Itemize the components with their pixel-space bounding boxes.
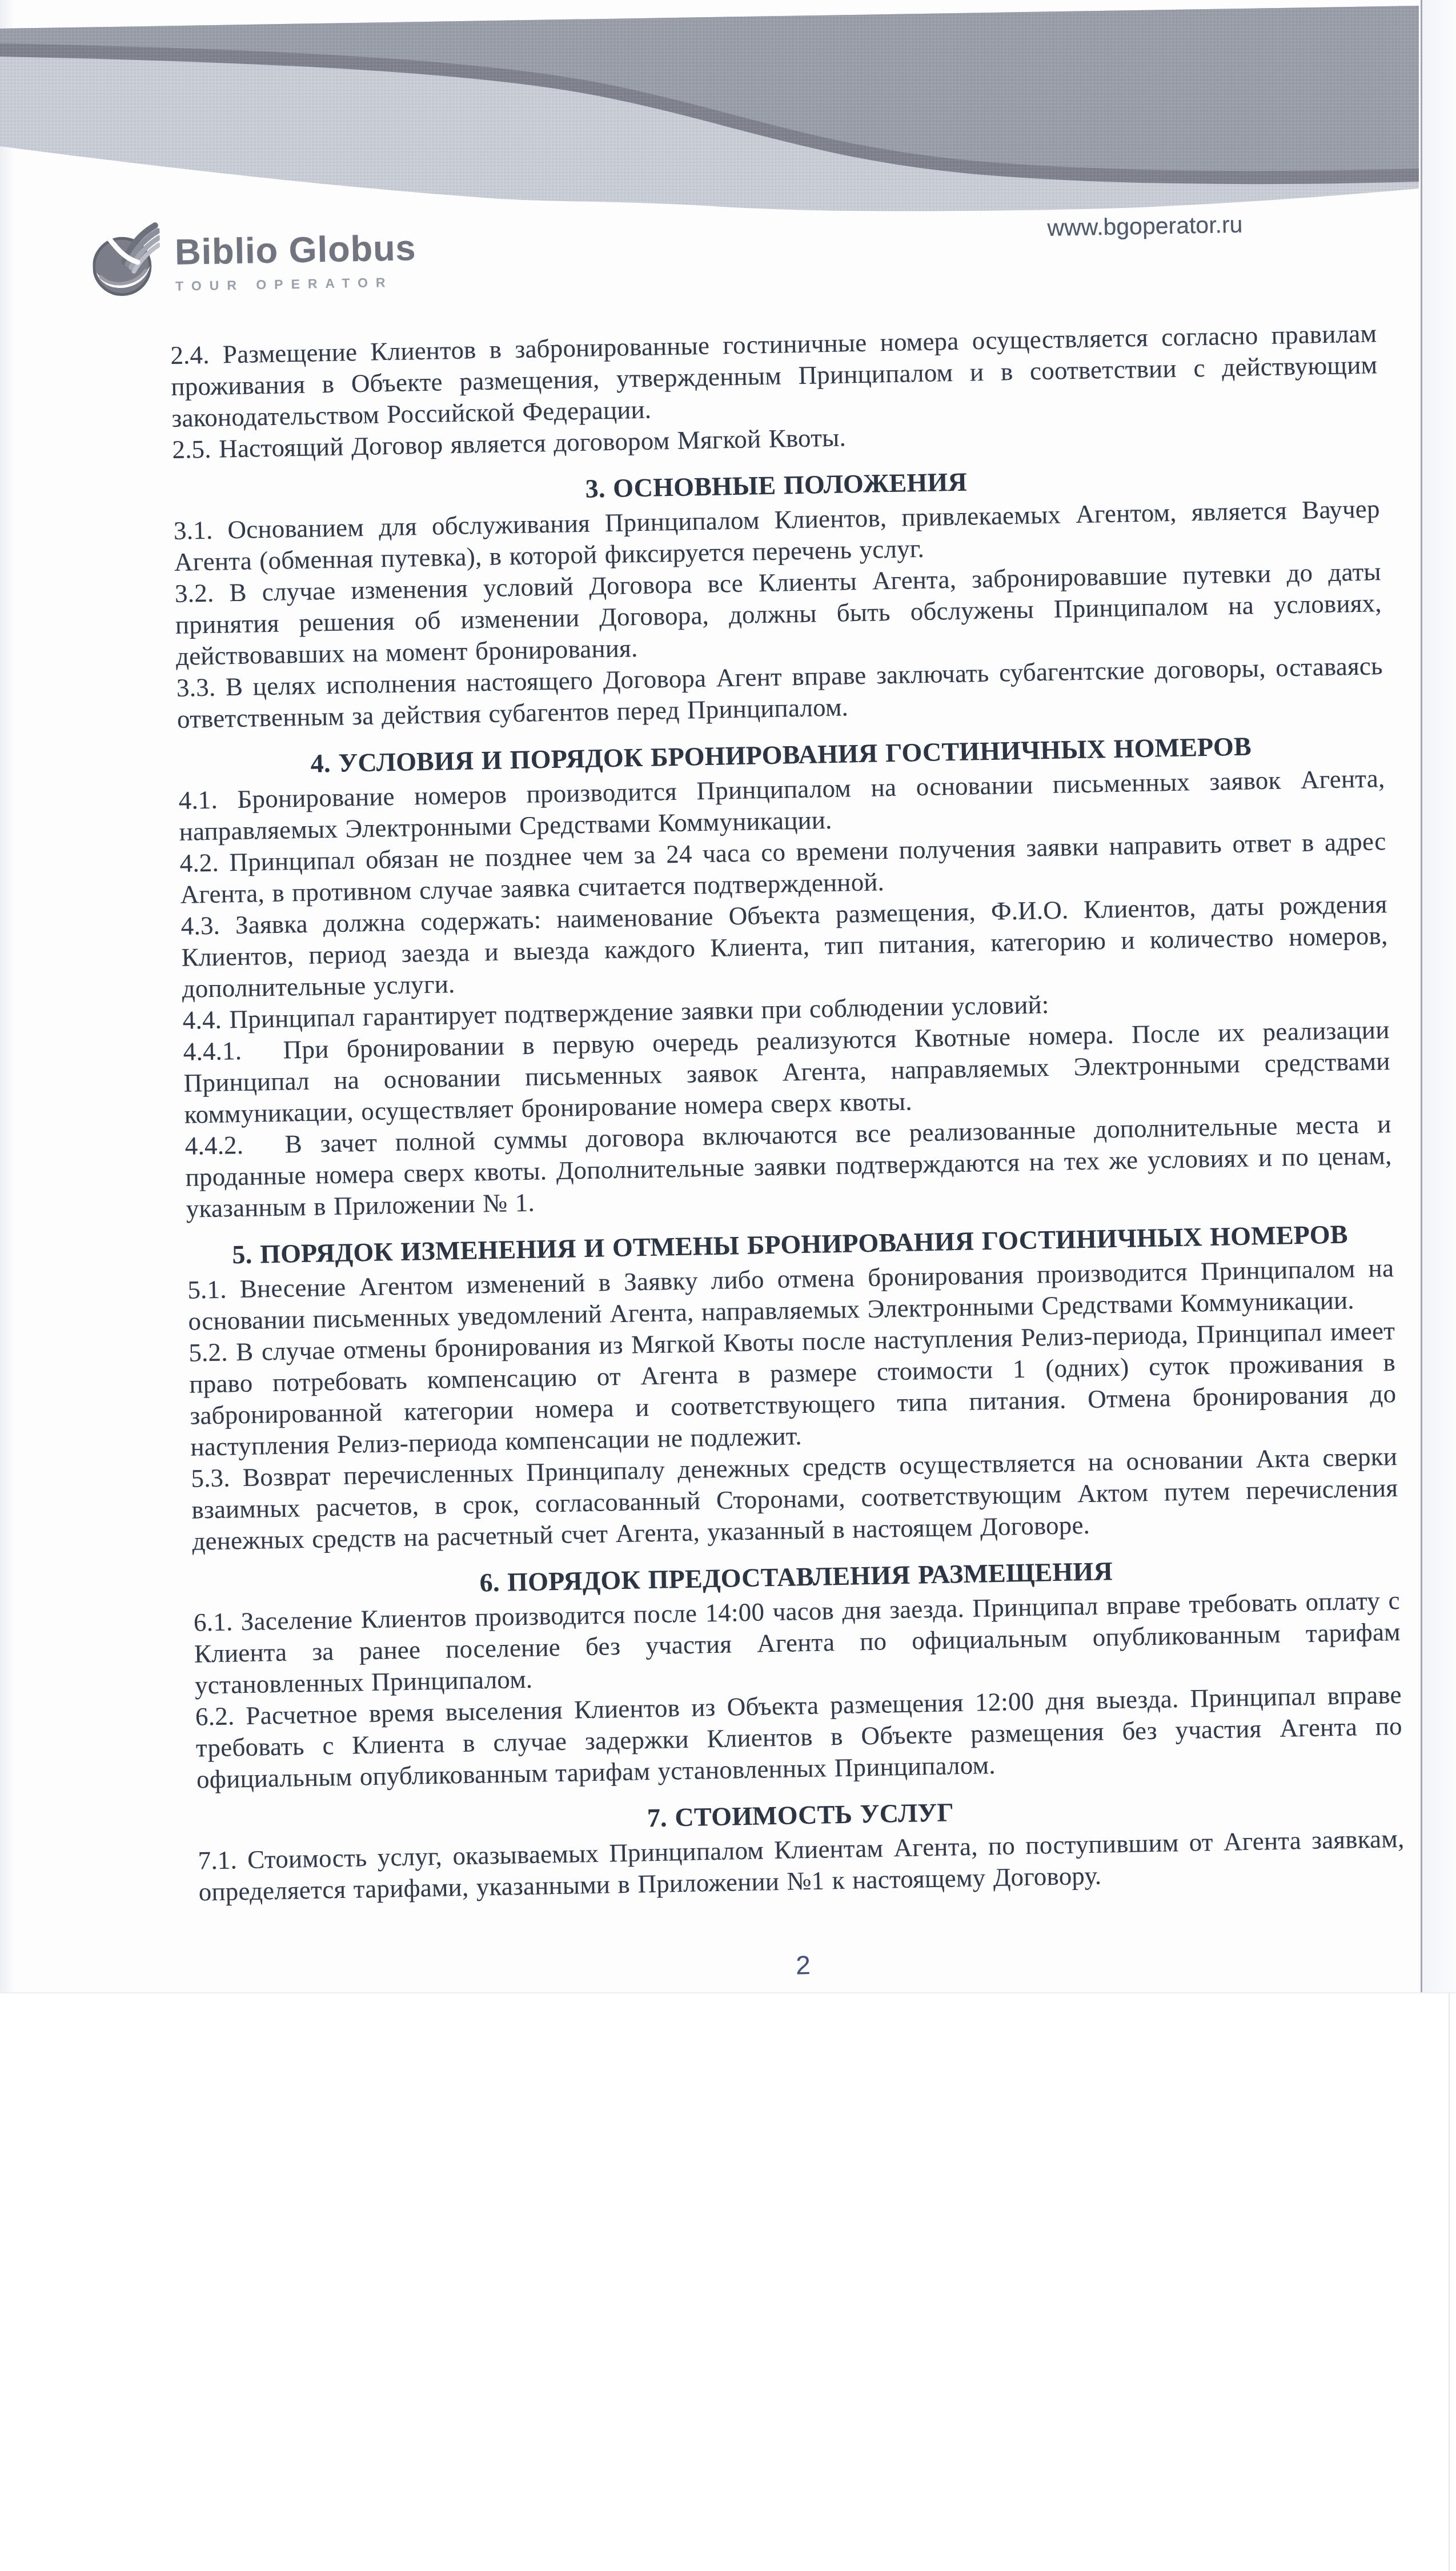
document-body: 2.4. Размещение Клиентов в забронированн… bbox=[170, 318, 1407, 1992]
contract-paragraph: 5.2. В случае отмены бронирования из Мяг… bbox=[188, 1315, 1397, 1463]
clause-number: 4.4.2. bbox=[184, 1129, 285, 1162]
clause-number: 4.4.1. bbox=[183, 1035, 283, 1068]
scan-content: Biblio Globus TOUR OPERATOR www.bgoperat… bbox=[0, 0, 1456, 1995]
globe-swoosh-icon bbox=[92, 222, 161, 302]
brand-tagline: TOUR OPERATOR bbox=[175, 274, 417, 294]
logo-text: Biblio Globus TOUR OPERATOR bbox=[174, 217, 417, 294]
letterhead: Biblio Globus TOUR OPERATOR www.bgoperat… bbox=[92, 199, 1374, 309]
brand-name: Biblio Globus bbox=[174, 227, 416, 273]
scanned-contract-page: { "header": { "logo": { "icon": "globe-s… bbox=[0, 0, 1456, 2571]
scan-lower-right-artifact bbox=[1449, 1993, 1450, 2571]
website-url: www.bgoperator.ru bbox=[1047, 211, 1243, 242]
company-logo: Biblio Globus TOUR OPERATOR bbox=[92, 217, 417, 302]
